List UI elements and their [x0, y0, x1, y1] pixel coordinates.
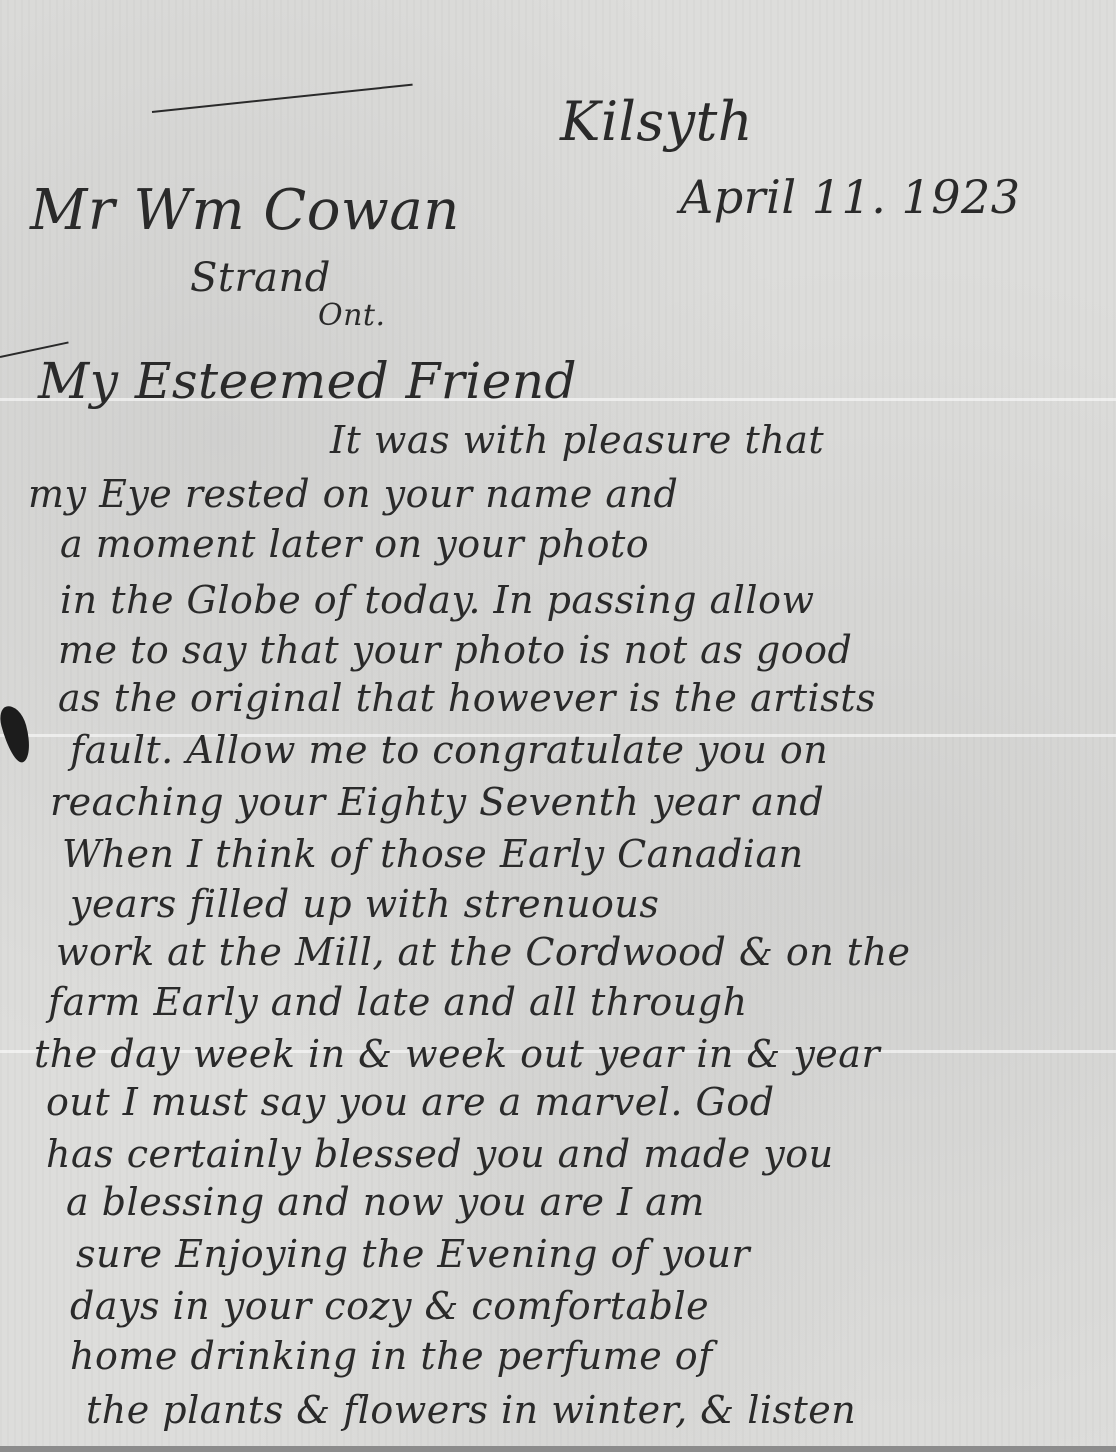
body-line: farm Early and late and all through [48, 980, 748, 1024]
body-line: in the Globe of today. In passing allow [60, 578, 814, 622]
body-line: work at the Mill, at the Cordwood & on t… [56, 930, 911, 974]
body-line: days in your cozy & comfortable [70, 1284, 709, 1328]
body-line: sure Enjoying the Evening of your [76, 1232, 750, 1276]
page-edge [0, 1446, 1116, 1452]
letter-place: Kilsyth [560, 90, 753, 153]
body-line: When I think of those Early Canadian [62, 832, 804, 876]
flourish-line [152, 84, 413, 113]
recipient-street: Strand [190, 255, 331, 301]
body-line: has certainly blessed you and made you [46, 1132, 834, 1176]
body-line: home drinking in the perfume of [70, 1334, 713, 1378]
body-line: the plants & flowers in winter, & listen [86, 1388, 856, 1432]
recipient-name: Mr Wm Cowan [30, 178, 460, 243]
body-line: as the original that however is the arti… [58, 676, 876, 720]
body-line: a blessing and now you are I am [66, 1180, 705, 1224]
body-line: It was with pleasure that [330, 418, 824, 462]
recipient-province: Ont. [318, 298, 386, 333]
body-line: the day week in & week out year in & yea… [34, 1032, 880, 1076]
body-line: fault. Allow me to congratulate you on [70, 728, 828, 772]
body-line: my Eye rested on your name and [28, 472, 678, 516]
body-line: out I must say you are a marvel. God [46, 1080, 775, 1124]
body-line: years filled up with strenuous [70, 882, 659, 926]
body-line: me to say that your photo is not as good [58, 628, 852, 672]
body-line: reaching your Eighty Seventh year and [50, 780, 824, 824]
salutation: My Esteemed Friend [38, 352, 577, 410]
letter-page: Kilsyth April 11. 1923 Mr Wm Cowan Stran… [0, 0, 1116, 1452]
letter-date: April 11. 1923 [680, 170, 1021, 224]
body-line: a moment later on your photo [60, 522, 649, 566]
